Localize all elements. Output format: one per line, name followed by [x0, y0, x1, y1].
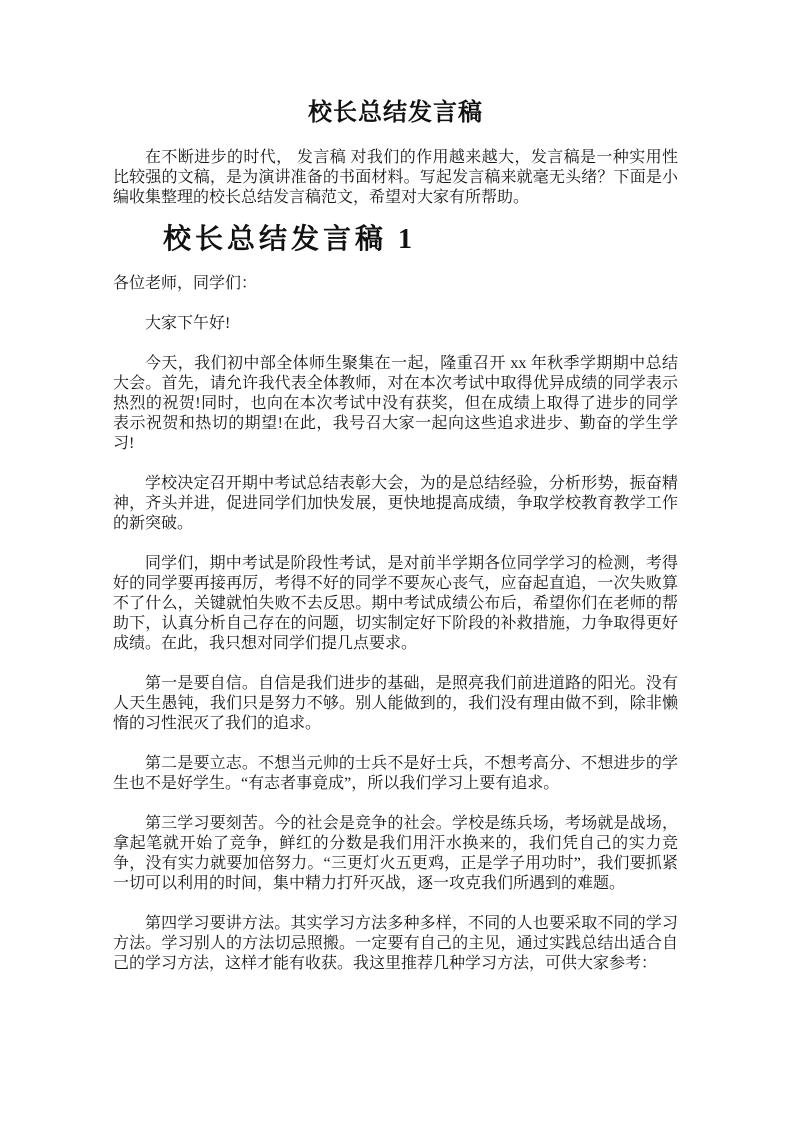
section-heading: 校长总结发言稿 1 — [113, 225, 678, 254]
body-paragraph: 第三学习要刻苦。今的社会是竞争的社会。学校是练兵场，考场就是战场，拿起笔就开始了… — [113, 814, 678, 894]
body-paragraph: 同学们，期中考试是阶段性考试，是对前半学期各位同学学习的检测，考得好的同学要再接… — [113, 554, 678, 654]
document-body: 各位老师，同学们：大家下午好!今天，我们初中部全体师生聚集在一起，隆重召开 xx… — [113, 274, 678, 974]
body-paragraph: 各位老师，同学们： — [113, 274, 678, 294]
intro-paragraph: 在不断进步的时代， 发言稿 对我们的作用越来越大，发言稿是一种实用性比较强的文稿… — [113, 148, 678, 208]
body-paragraph: 第一是要自信。自信是我们进步的基础，是照亮我们前进道路的阳光。没有人天生愚钝，我… — [113, 674, 678, 734]
document-page: 校长总结发言稿 在不断进步的时代， 发言稿 对我们的作用越来越大，发言稿是一种实… — [0, 0, 793, 1122]
document-title: 校长总结发言稿 — [113, 98, 678, 128]
body-paragraph: 大家下午好! — [113, 314, 678, 334]
body-paragraph: 第二是要立志。不想当元帅的士兵不是好士兵，不想考高分、不想进步的学生也不是好学生… — [113, 754, 678, 794]
body-paragraph: 学校决定召开期中考试总结表彰大会，为的是总结经验，分析形势，振奋精神，齐头并进，… — [113, 474, 678, 534]
body-paragraph: 第四学习要讲方法。其实学习方法多种多样，不同的人也要采取不同的学习方法。学习别人… — [113, 914, 678, 974]
body-paragraph: 今天，我们初中部全体师生聚集在一起，隆重召开 xx 年秋季学期期中总结大会。首先… — [113, 354, 678, 454]
